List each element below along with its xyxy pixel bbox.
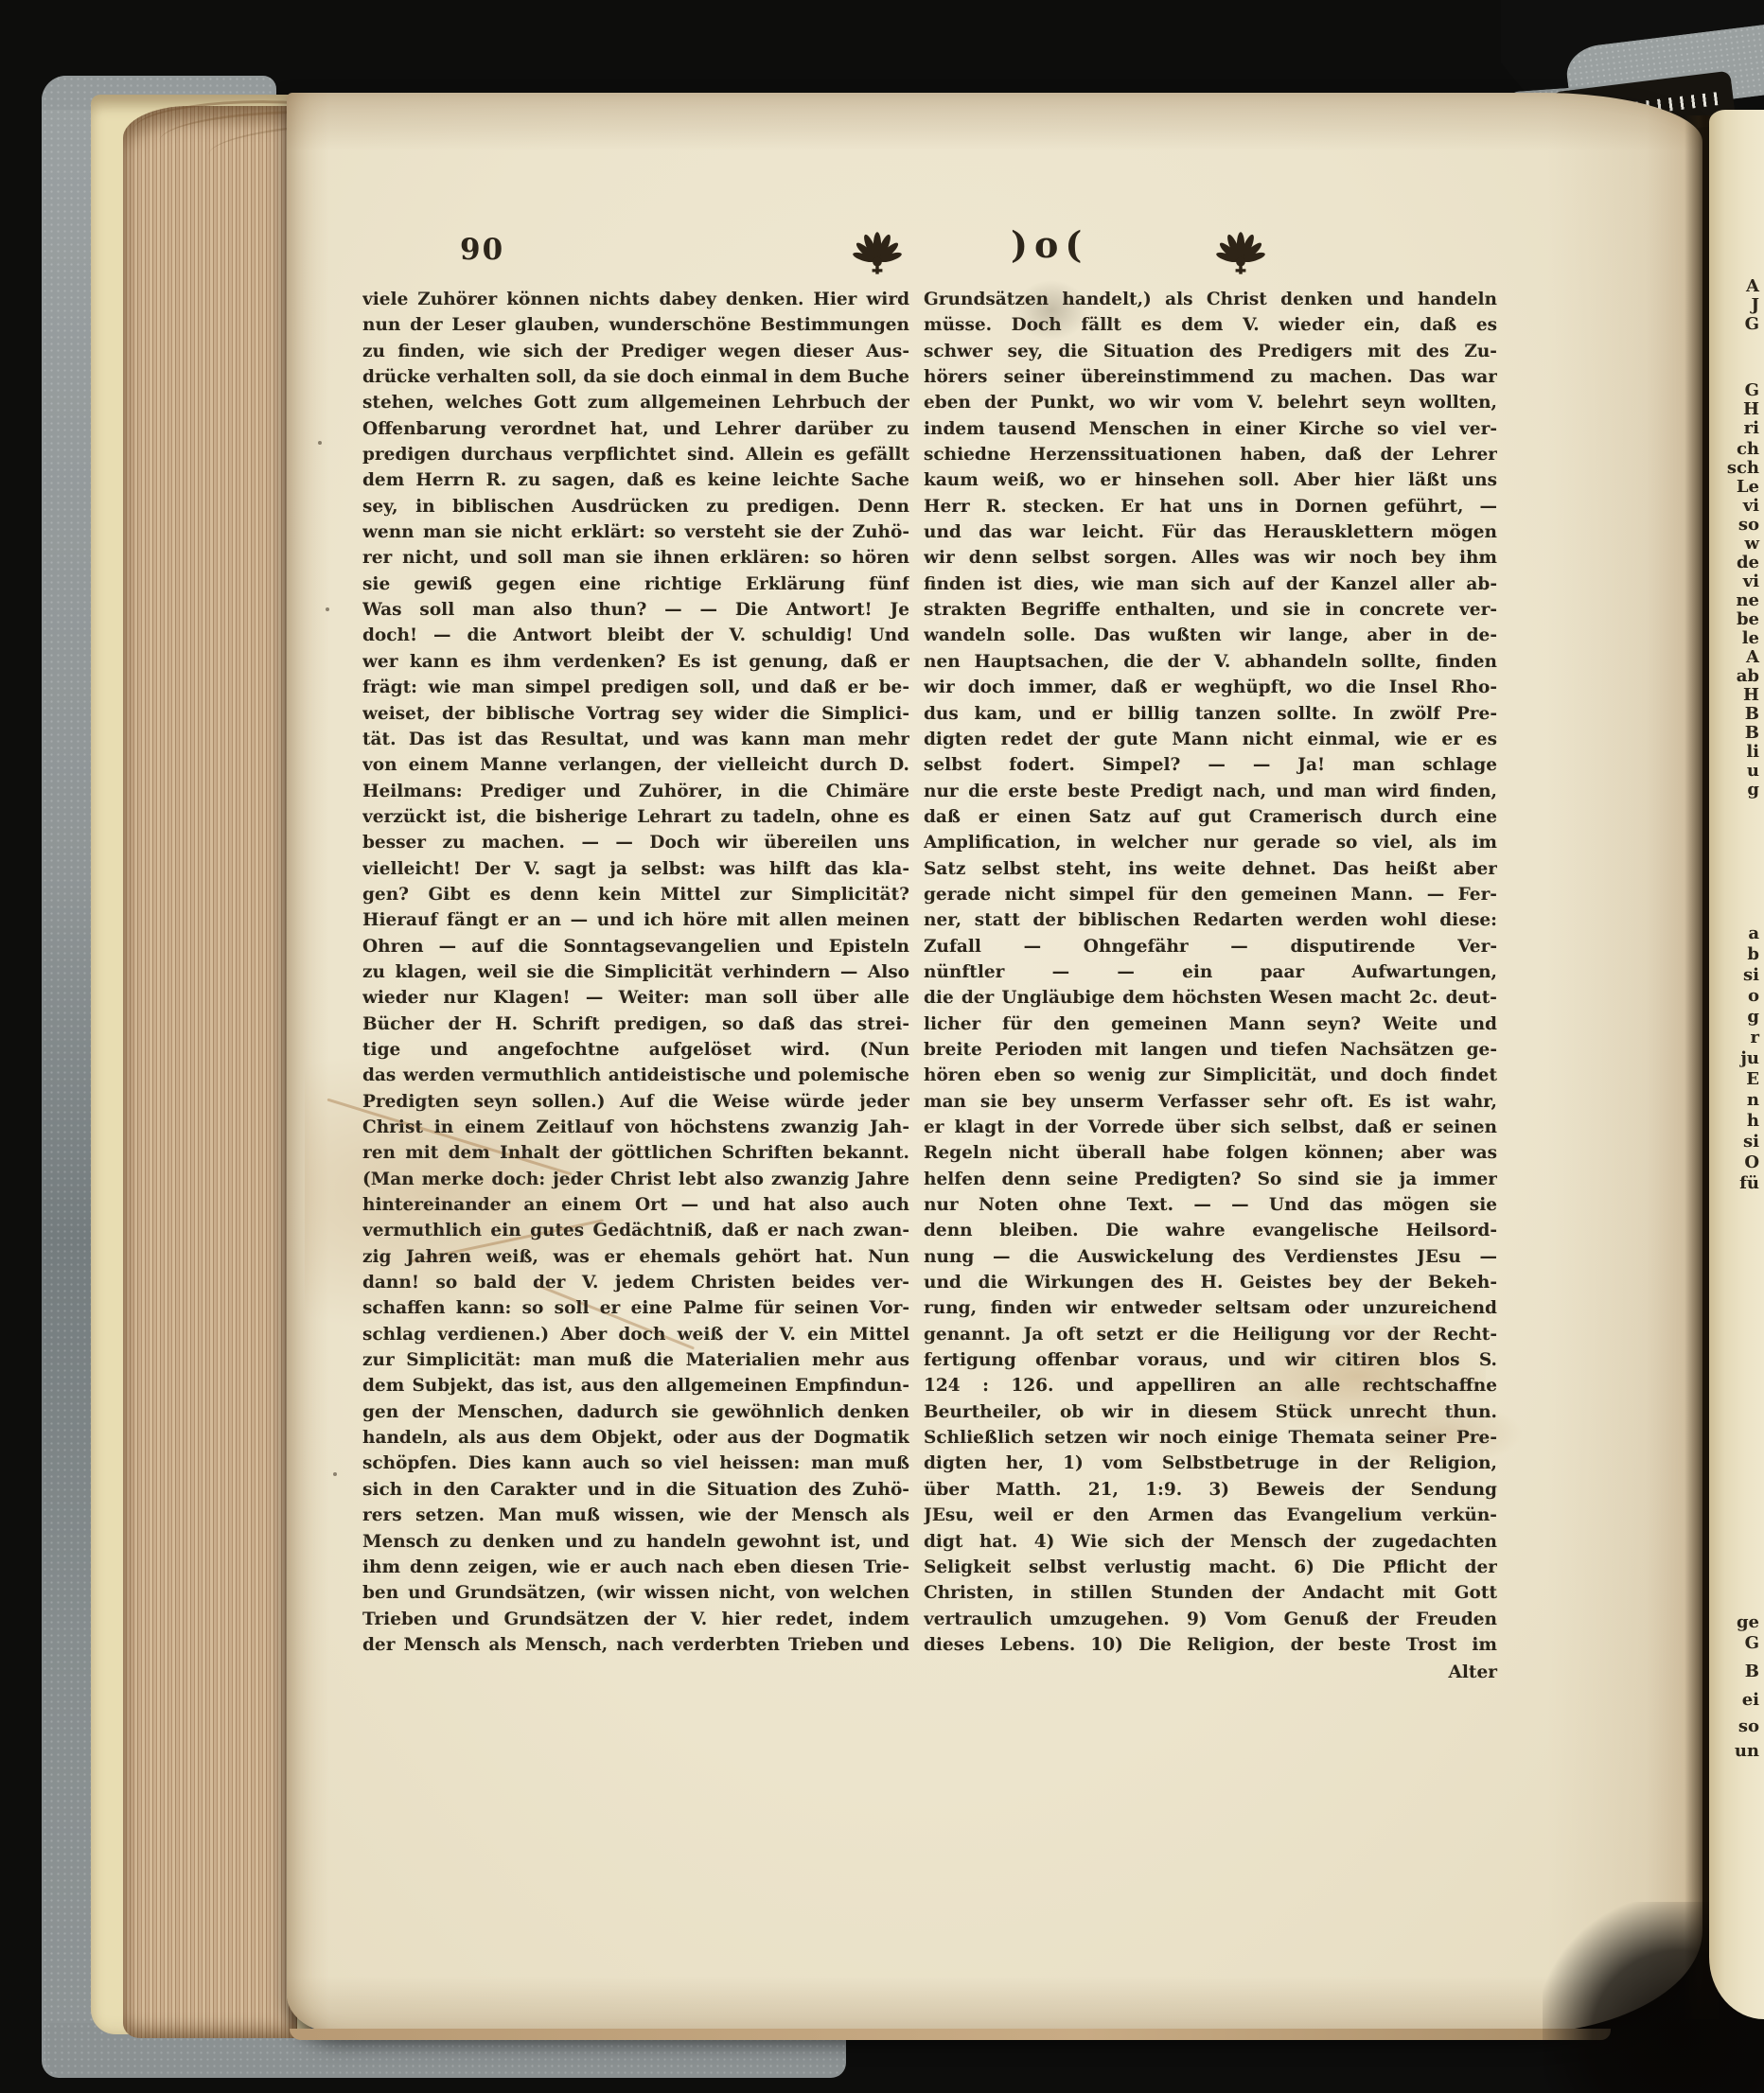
headpiece-shell-left-icon [852, 229, 903, 278]
paper-spot [326, 607, 329, 611]
digitized-book-scan: { "page": { "number": "90", "header_mark… [0, 0, 1764, 2093]
paper-spot [333, 1472, 337, 1476]
paper-spot [318, 441, 322, 445]
next-page-sliver: AJGGHrichschLevisowdevinebeleAabHBBliuga… [1709, 110, 1764, 2019]
page-edges-stack [123, 106, 297, 2038]
catchword: Alter [924, 1660, 1497, 1685]
page-number: 90 [460, 233, 504, 267]
text-column-left: viele Zuhörer können nichts dabey denken… [362, 287, 909, 1658]
headpiece-shell-right-icon [1215, 229, 1266, 278]
page-bottom-edge [290, 2029, 1611, 2040]
text-column-right: Grundsätzen handelt,) als Christ denken … [924, 287, 1497, 1658]
headpiece-separator-mark: )o( [1011, 223, 1088, 266]
